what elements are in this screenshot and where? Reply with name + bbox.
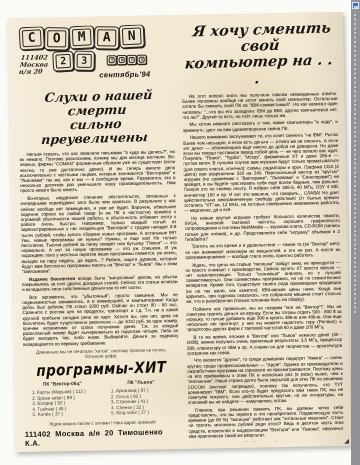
keycap-c: C	[19, 26, 45, 50]
page-corner-mark	[344, 439, 349, 444]
right-body-text: На этот вопрос знать мы получили совсем …	[182, 91, 344, 443]
scanned-newsletter-page: COMAN 111402 Москва п/я 20 23	[7, 12, 351, 452]
paragraph: Ждать, что цены на старые "писишки" пойд…	[185, 259, 341, 304]
vertical-watermark-strip	[351, 0, 360, 465]
keycap-2: 2	[53, 51, 75, 72]
right-headline-line2: компьютер на . . .	[181, 53, 337, 90]
hits-list-vektor: ПК "Вектор-06ц" 1. Карты (Марьяж) ( 112 …	[26, 382, 99, 418]
paragraph: В то же время, вложив в "Вектор" или "Ль…	[186, 332, 342, 356]
paragraph: Мы хотим немного рассказать о том, какие…	[182, 119, 338, 132]
hits-list-lvov: ПК "Львов" 1. Арканоид ( 87 ) 2. Circus …	[105, 380, 178, 416]
hits-section: программы-ХИТ ПК "Вектор-06ц" 1. Карты (…	[23, 360, 180, 446]
paragraph: На этот вопрос знать мы получили совсем …	[182, 91, 338, 120]
left-body-text: Нельзя сказать, что нас завалили письмам…	[19, 149, 178, 348]
keycap-n: N	[119, 24, 145, 48]
keycap-n: N	[117, 55, 127, 65]
paragraph: Тратить на это время и в удовольствие — …	[185, 241, 341, 260]
paragraph: Все аргументы, что "убыточный", просто с…	[22, 292, 178, 347]
hits-title: программы-ХИТ	[23, 358, 179, 381]
keycap-3: 3	[74, 51, 95, 71]
keycap-a: A	[94, 26, 119, 49]
paragraph: Нашего внимания заслуживают те, кто хоче…	[183, 132, 340, 213]
hit-item: 5. Kurale ( 37 )	[26, 411, 99, 418]
keycap-o: O	[137, 54, 147, 64]
paragraph: Издание бюллетеня всегда было "минусовым…	[22, 274, 178, 293]
hits-list-header: ПК "Львов"	[105, 380, 178, 386]
watermark-vertical-text	[354, 14, 356, 314]
keycap-o: O	[44, 27, 69, 50]
keycap-m: M	[69, 25, 95, 49]
info-keys: INFO	[107, 51, 150, 70]
keycap-i: I	[107, 55, 117, 65]
thumbnail-icon	[352, 2, 359, 9]
issue-date: сентябрь'94	[99, 70, 150, 80]
paragraph: Что касается "других", то среди домашних…	[187, 355, 343, 405]
paragraph: Цепляя на разные прибамбасы, удобнее и п…	[189, 438, 344, 442]
issue-number-keys: 23	[53, 51, 95, 72]
right-column: Я хочу сменить свой компьютер на . . . Н…	[181, 21, 345, 443]
paragraph: Поймите нас правильно, мы не говорим "вс…	[186, 304, 342, 333]
hit-item: 5. King vafur ( 27 )	[105, 409, 178, 416]
hits-footer-note: Ждем ваших писем с хитами ! Наш адрес пр…	[25, 419, 181, 427]
masthead-address: 111402 Москва п/я 20	[19, 54, 50, 76]
hits-list-header: ПК "Вектор-06ц"	[26, 382, 99, 388]
left-headline: Слухи о нашей смерти сильно преувеличены	[17, 87, 177, 147]
masthead-address-line: п/я 20	[19, 68, 48, 76]
masthead-title-keys: COMAN	[19, 24, 173, 50]
left-headline-line1: Слухи о нашей смерти	[19, 87, 177, 119]
left-headline-line2: сильно преувеличены	[17, 115, 174, 147]
masthead: COMAN 111402 Москва п/я 20 23	[17, 24, 174, 81]
right-headline: Я хочу сменить свой компьютер на . . .	[181, 21, 340, 90]
left-column: COMAN 111402 Москва п/я 20 23	[17, 24, 181, 446]
paragraph: Нельзя сказать, что нас завалили письмам…	[19, 149, 175, 194]
paragraph: Главное, при решении сменить ПК, вы долж…	[188, 405, 344, 439]
keycap-f: F	[127, 55, 137, 65]
paragraph: Но новые крутые игрушки требуют большого…	[184, 213, 340, 242]
screenshot-stage: COMAN 111402 Москва п/я 20 23	[0, 0, 360, 465]
paragraph: Во-вторых, неудачное стечение обстоятель…	[20, 193, 177, 274]
